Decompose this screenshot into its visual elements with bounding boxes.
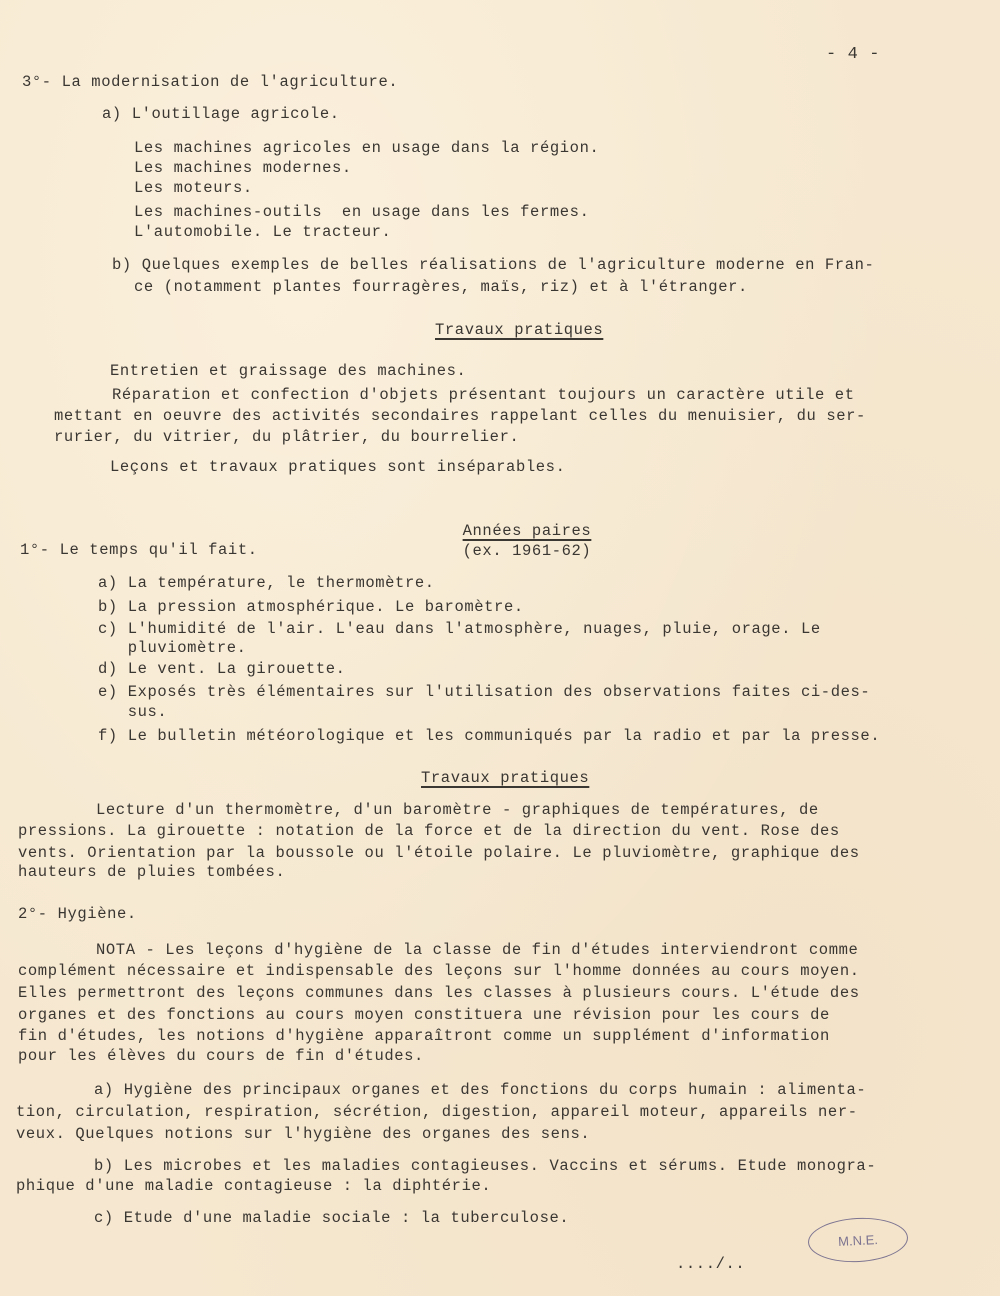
list-item: b) La pression atmosphérique. Le baromèt… <box>98 597 524 617</box>
page-number: - 4 - <box>826 45 880 65</box>
list-item: d) Le vent. La girouette. <box>98 659 346 679</box>
section-3-title: 3°- La modernisation de l'agriculture. <box>22 72 398 92</box>
section-2a-line: tion, circulation, respiration, sécrétio… <box>16 1102 858 1122</box>
nota-line: complément nécessaire et indispensable d… <box>18 961 860 981</box>
even-years-example: (ex. 1961-62) <box>463 542 592 560</box>
nota-line: NOTA - Les leçons d'hygiène de la classe… <box>96 940 858 960</box>
list-item: L'automobile. Le tracteur. <box>134 222 391 242</box>
list-item-continuation: sus. <box>98 702 167 722</box>
list-item: Les machines-outils en usage dans les fe… <box>134 202 589 222</box>
section-1-title: 1°- Le temps qu'il fait. <box>20 540 258 560</box>
continuation-mark: ..../.. <box>676 1254 745 1274</box>
list-item: f) Le bulletin météorologique et les com… <box>98 726 880 746</box>
section-2a-line: veux. Quelques notions sur l'hygiène des… <box>16 1124 590 1144</box>
even-years-heading: Années paires (ex. 1961-62) <box>423 501 591 581</box>
stamp-text: M.N.E. <box>838 1231 878 1248</box>
section-2b-line: b) Les microbes et les maladies contagie… <box>94 1156 876 1176</box>
paragraph-line: Entretien et graissage des machines. <box>110 361 466 381</box>
paragraph-line: pressions. La girouette : notation de la… <box>18 821 840 841</box>
section-3b-line: b) Quelques exemples de belles réalisati… <box>112 255 874 275</box>
list-item: Les machines agricoles en usage dans la … <box>134 138 599 158</box>
nota-line: Elles permettront des leçons communes da… <box>18 983 860 1003</box>
paragraph-line: Réparation et confection d'objets présen… <box>112 385 855 405</box>
list-item: Les moteurs. <box>134 178 253 198</box>
paragraph-line: vents. Orientation par la boussole ou l'… <box>18 843 860 863</box>
mne-stamp: M.N.E. <box>807 1215 909 1264</box>
section-3b-line: ce (notamment plantes fourragères, maïs,… <box>134 277 748 297</box>
inseparable-note: Leçons et travaux pratiques sont insépar… <box>110 457 565 477</box>
section-3a-title: a) L'outillage agricole. <box>102 104 340 124</box>
section-2a-line: a) Hygiène des principaux organes et des… <box>94 1080 866 1100</box>
document-page: - 4 - 3°- La modernisation de l'agricult… <box>0 0 1000 1296</box>
paragraph-line: hauteurs de pluies tombées. <box>18 862 285 882</box>
nota-line: fin d'études, les notions d'hygiène appa… <box>18 1026 830 1046</box>
section-2-title: 2°- Hygiène. <box>18 904 137 924</box>
list-item: a) La température, le thermomètre. <box>98 573 435 593</box>
travaux-pratiques-heading: Travaux pratiques <box>421 768 589 788</box>
list-item: e) Exposés très élémentaires sur l'utili… <box>98 682 870 702</box>
travaux-pratiques-heading: Travaux pratiques <box>435 320 603 340</box>
section-2b-line: phique d'une maladie contagieuse : la di… <box>16 1176 491 1196</box>
even-years-label: Années paires <box>463 522 592 540</box>
paragraph-line: mettant en oeuvre des activités secondai… <box>54 406 866 426</box>
paragraph-line: Lecture d'un thermomètre, d'un baromètre… <box>96 800 819 820</box>
section-2c-line: c) Etude d'une maladie sociale : la tube… <box>94 1208 569 1228</box>
paragraph-line: rurier, du vitrier, du plâtrier, du bour… <box>54 427 519 447</box>
nota-line: pour les élèves du cours de fin d'études… <box>18 1046 424 1066</box>
list-item-continuation: pluviomètre. <box>98 638 247 658</box>
list-item: Les machines modernes. <box>134 158 352 178</box>
nota-line: organes et des fonctions au cours moyen … <box>18 1005 830 1025</box>
list-item: c) L'humidité de l'air. L'eau dans l'atm… <box>98 619 821 639</box>
